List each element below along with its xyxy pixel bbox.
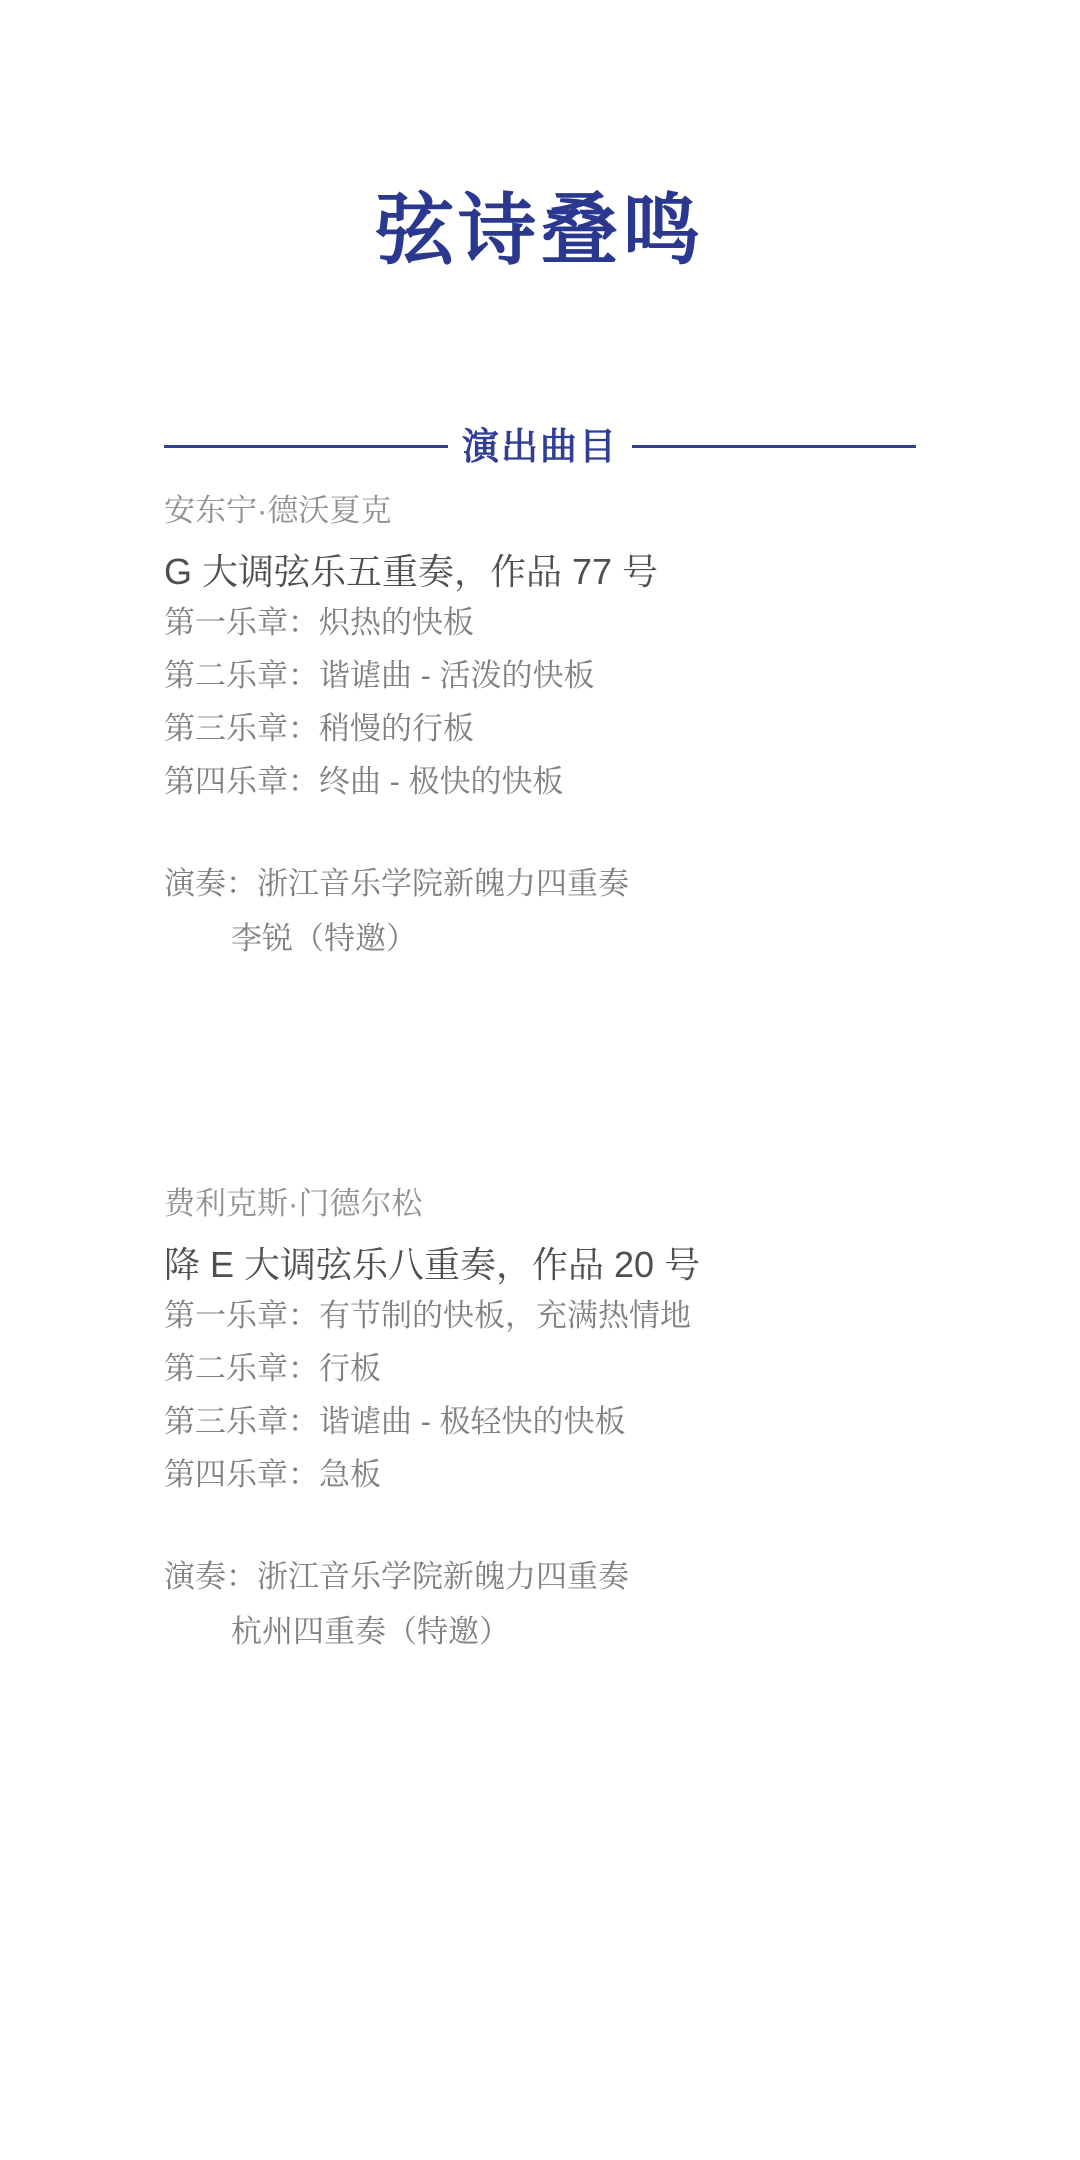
movement-item: 第四乐章：急板 [164,1448,916,1501]
section-divider: 演出曲目 [164,428,916,465]
performer-line: 演奏：浙江音乐学院新魄力四重奏 [164,1561,916,1592]
program-block-dvorak: 安东宁·德沃夏克 G 大调弦乐五重奏，作品 77 号 第一乐章：炽热的快板 第二… [164,495,916,954]
piece-title: G 大调弦乐五重奏，作品 77 号 [164,554,916,590]
guest-performer-line: 杭州四重奏（特邀） [231,1616,916,1647]
page-title: 弦诗叠鸣 [164,0,916,270]
program-page: 弦诗叠鸣 演出曲目 安东宁·德沃夏克 G 大调弦乐五重奏，作品 77 号 第一乐… [0,0,1080,2160]
composer-name: 费利克斯·门德尔松 [164,1188,916,1219]
section-header: 演出曲目 [462,428,618,465]
movement-item: 第一乐章：炽热的快板 [164,596,916,649]
performer-line: 演奏：浙江音乐学院新魄力四重奏 [164,868,916,899]
composer-name: 安东宁·德沃夏克 [164,495,916,526]
movement-item: 第一乐章：有节制的快板，充满热情地 [164,1289,916,1342]
piece-title: 降 E 大调弦乐八重奏，作品 20 号 [164,1247,916,1283]
program-block-mendelssohn: 费利克斯·门德尔松 降 E 大调弦乐八重奏，作品 20 号 第一乐章：有节制的快… [164,1188,916,1647]
divider-line-right [632,445,916,448]
movement-item: 第三乐章：谐谑曲 - 极轻快的快板 [164,1395,916,1448]
movement-item: 第二乐章：行板 [164,1342,916,1395]
divider-line-left [164,445,448,448]
movement-item: 第二乐章：谐谑曲 - 活泼的快板 [164,649,916,702]
movement-item: 第三乐章：稍慢的行板 [164,702,916,755]
movement-list: 第一乐章：有节制的快板，充满热情地 第二乐章：行板 第三乐章：谐谑曲 - 极轻快… [164,1289,916,1501]
guest-performer-line: 李锐（特邀） [231,923,916,954]
movement-item: 第四乐章：终曲 - 极快的快板 [164,755,916,808]
movement-list: 第一乐章：炽热的快板 第二乐章：谐谑曲 - 活泼的快板 第三乐章：稍慢的行板 第… [164,596,916,808]
